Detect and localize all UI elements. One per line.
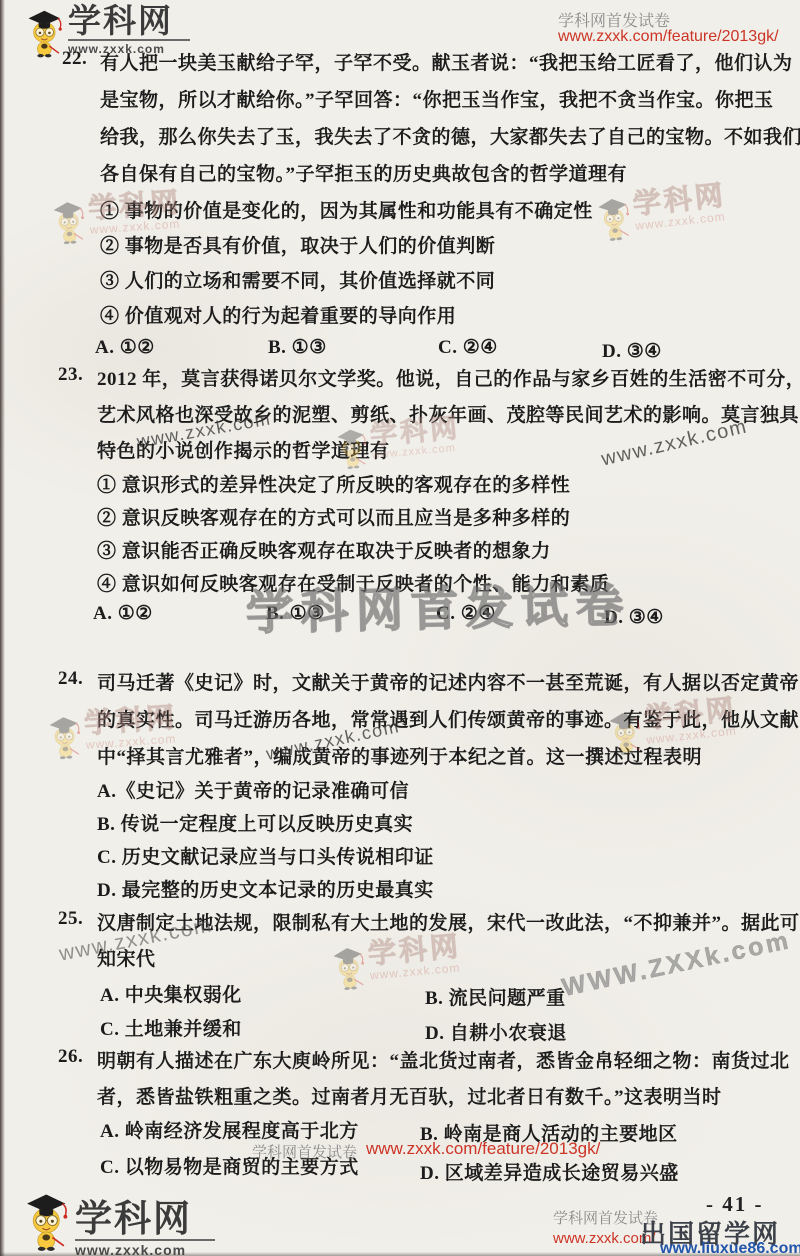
- watermark-brand-text: 学科网: [632, 181, 727, 219]
- scanned-exam-page: 学科网 www.zxxk.com 学科网首发试卷 www.zxxk.com/fe…: [0, 0, 800, 1256]
- q26-option-a: A. 岭南经济发展程度高于北方: [100, 1116, 359, 1143]
- header-feature-url: www.zxxk.com/feature/2013gk/: [558, 28, 779, 46]
- q22-item: ① 事物的价值是变化的，因为其属性和功能具有不确定性: [100, 196, 593, 223]
- watermark-url-text: www.zxxk.com: [635, 209, 729, 233]
- q22-item: ④ 价值观对人的行为起着重要的导向作用: [100, 301, 456, 328]
- q22-item: ② 事物是否具有价值，取决于人们的价值判断: [100, 231, 495, 258]
- q22-line: 是宝物，所以才献给你。”子罕回答：“你把玉当作宝，我把不贪当作宝。你把玉: [100, 85, 774, 112]
- q23-item: ① 意识形式的差异性决定了所反映的客观存在的多样性: [97, 470, 570, 497]
- zxxk-brand-text: 学科网: [68, 4, 190, 39]
- q22-line: 给我，那么你失去了玉，我失去了不贪的德，大家都失去了自己的宝物。不如我们: [100, 122, 800, 149]
- q22-number: 22.: [62, 48, 87, 70]
- q24-option-c: C. 历史文献记录应当与口头传说相印证: [97, 842, 434, 869]
- q23-option-c: C. ②④: [436, 602, 496, 625]
- q23-line: 艺术风格也深受故乡的泥塑、剪纸、扑灰年画、茂腔等民间艺术的影响。莫言独具: [97, 400, 799, 427]
- q24-option-a: A.《史记》关于黄帝的记录准确可信: [97, 776, 409, 803]
- q26-line: 者，悉皆盐铁粗重之类。过南者月无百驮，过北者日有数千。”这表明当时: [97, 1082, 722, 1109]
- zxxk-mascot-icon: [26, 4, 64, 58]
- q23-item: ③ 意识能否正确反映客观存在取决于反映者的想象力: [97, 536, 551, 563]
- q24-option-b: B. 传说一定程度上可以反映历史真实: [97, 809, 413, 836]
- q24-number: 24.: [58, 668, 83, 690]
- q22-line: 有人把一块美玉献给子罕，子罕不受。献玉者说：“我把玉给工匠看了，他们认为: [100, 48, 793, 75]
- scan-edge-left: [0, 0, 5, 1256]
- q23-number: 23.: [58, 364, 83, 386]
- q25-option-a: A. 中央集权弱化: [100, 980, 242, 1007]
- q22-line: 各自保有自己的宝物。”子罕拒玉的历史典故包含的哲学道理有: [100, 159, 627, 186]
- q25-option-c: C. 土地兼并缓和: [100, 1014, 242, 1041]
- q25-option-d: D. 自耕小农衰退: [425, 1018, 567, 1045]
- q24-line: 的真实性。司马迁游历各地，常常遇到人们传颂黄帝的事迹。有鉴于此，他从文献: [97, 705, 799, 732]
- zxxk-mascot-icon: [24, 1186, 70, 1252]
- q26-option-b: B. 岭南是商人活动的主要地区: [420, 1119, 678, 1146]
- q22-option-c: C. ②④: [438, 336, 498, 359]
- zxxk-mascot-icon: [595, 191, 634, 242]
- q22-option-d: D. ③④: [602, 340, 662, 363]
- watermark-url-text: WWW.ZXXk.com: [560, 926, 794, 1003]
- zxxk-brand-text: 学科网: [75, 1200, 215, 1239]
- watermark-brand-text: 学科网: [367, 932, 462, 968]
- zxxk-logo-footer: 学科网 www.zxxk.com: [24, 1186, 215, 1256]
- liuxue-url-text: www.liuxue86.com: [660, 1240, 800, 1256]
- zxxk-mascot-icon: [50, 195, 87, 245]
- q23-item: ④ 意识如何反映客观存在受制于反映者的个性、能力和素质: [97, 569, 609, 596]
- q25-option-b: B. 流民问题严重: [425, 983, 566, 1010]
- q26-number: 26.: [58, 1046, 83, 1068]
- q25-line: 汉唐制定土地法规，限制私有大土地的发展，宋代一改此法，“不抑兼并”。据此可: [97, 908, 800, 935]
- q23-option-d: D. ③④: [604, 606, 664, 629]
- q26-line: 明朝有人描述在广东大庾岭所见：“盖北货过南者，悉皆金帛轻细之物：南货过北: [97, 1046, 790, 1073]
- q23-line: 特色的小说创作揭示的哲学道理有: [97, 436, 390, 463]
- zxxk-mascot-icon: [330, 941, 368, 992]
- watermark-url-text: www.zxxk.com: [369, 960, 463, 982]
- q22-item: ③ 人们的立场和需要不同，其价值选择就不同: [100, 266, 495, 293]
- q26-option-d: D. 区域差异造成长途贸易兴盛: [420, 1158, 679, 1185]
- q23-option-b: B. ①③: [266, 602, 325, 625]
- q22-option-a: A. ①②: [95, 336, 155, 359]
- q25-number: 25.: [58, 908, 83, 930]
- q24-line: 中“择其言尤雅者”，编成黄帝的事迹列于本纪之首。这一撰述过程表明: [97, 742, 702, 769]
- q23-line: 2012 年，莫言获得诺贝尔文学奖。他说，自己的作品与家乡百姓的生活密不可分，: [97, 364, 800, 391]
- q23-option-a: A. ①②: [93, 602, 153, 625]
- q24-line: 司马迁著《史记》时，文献关于黄帝的记述内容不一甚至荒诞，有人据以否定黄帝: [97, 668, 799, 695]
- q23-item: ② 意识反映客观存在的方式可以而且应当是多种多样的: [97, 503, 570, 530]
- zxxk-mascot-icon: [46, 710, 83, 760]
- zxxk-url-text: www.zxxk.com: [75, 1239, 215, 1256]
- q25-line: 知宋代: [97, 944, 156, 971]
- zxxk-watermark-logo: 学科网 www.zxxk.com: [595, 181, 729, 242]
- q24-option-d: D. 最完整的历史文本记录的历史最真实: [97, 875, 434, 902]
- q22-option-b: B. ①③: [268, 336, 327, 359]
- q26-option-c: C. 以物易物是商贸的主要方式: [100, 1152, 359, 1179]
